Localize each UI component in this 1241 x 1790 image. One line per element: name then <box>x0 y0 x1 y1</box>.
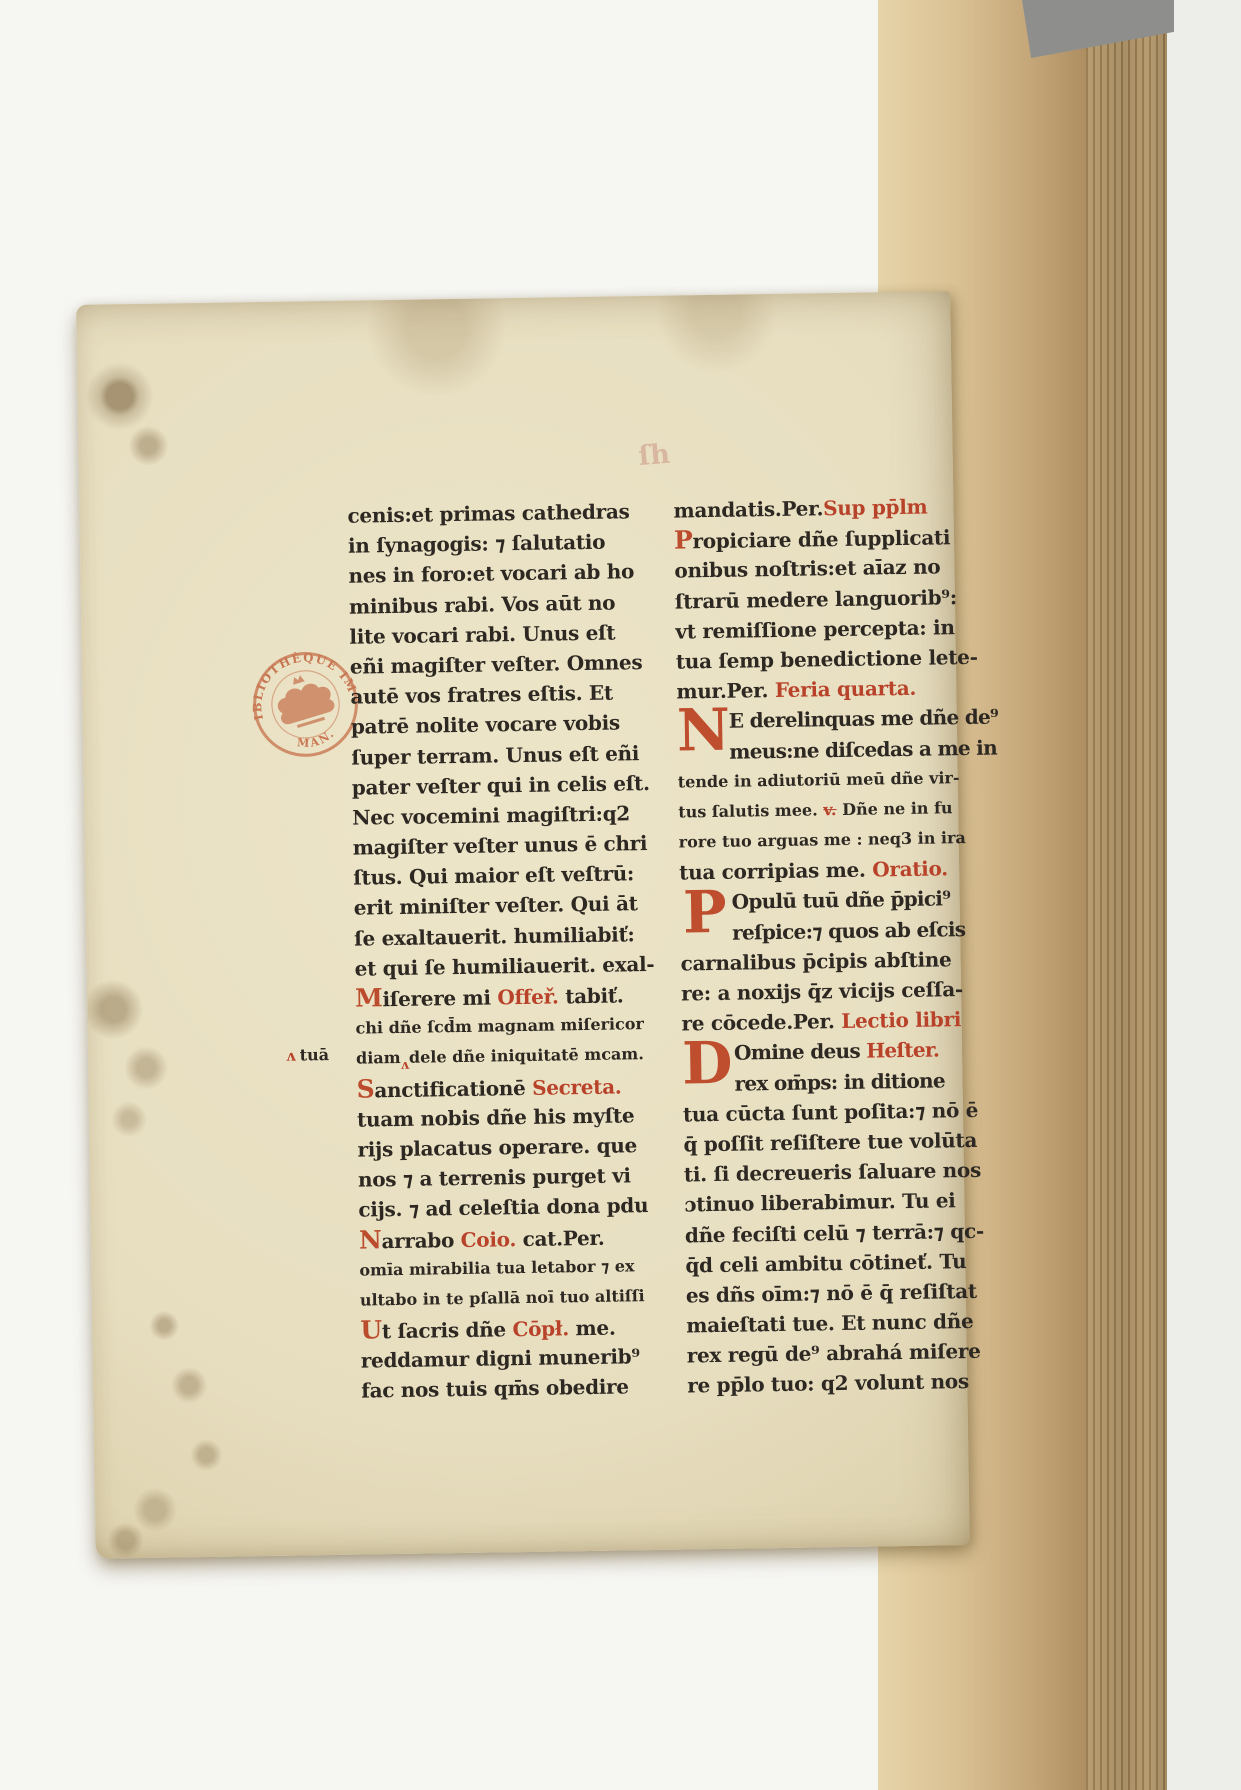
text-segment: cat.Per. <box>516 1225 605 1250</box>
rubric-segment: v. <box>823 800 837 819</box>
rubric-segment: Cōpł. <box>512 1316 569 1341</box>
text-segment: re: a noxijs q̄z vicijs ceſſa- <box>681 977 963 1005</box>
margin-note-word: tuā <box>299 1045 329 1064</box>
imperial-eagle-icon <box>270 668 337 732</box>
text-line: tus ſalutis mee. v. Dñe ne in fu <box>678 793 970 828</box>
text-line: Narrabo Coio. cat.Per. <box>359 1221 651 1256</box>
text-line: lite vocari rabi. Unus eſt <box>349 617 641 652</box>
text-segment: anctificationē <box>374 1075 532 1101</box>
text-segment: erit miniſter veſter. Qui āt <box>354 892 638 920</box>
text-segment: magiſter veſter unus ē chri <box>353 831 648 860</box>
rubric-segment: Oratio. <box>872 857 948 882</box>
text-segment: tuam nobis dñe his myſte <box>357 1103 635 1131</box>
text-segment: nes in foro:et vocari ab ho <box>348 560 634 588</box>
text-line: cijs. ⁊ ad celeſtia dona pdu <box>358 1190 650 1225</box>
text-segment: tus ſalutis mee. <box>678 800 823 821</box>
text-segment: tabiť. <box>558 983 623 1008</box>
text-line: dñe feciſti celū ⁊ terrā:⁊ qc- <box>685 1215 977 1250</box>
text-segment: carnalibus p̄cipis abſtine <box>680 947 951 975</box>
text-line: q̄d celi ambitu cōtineť. Tu <box>685 1246 977 1281</box>
text-segment: onibus noſtris:et aīaz no <box>674 555 940 583</box>
text-line: ſtus. Qui maior eſt veſtrū: <box>353 858 645 893</box>
text-line: Sanctificationē Secreta. <box>356 1070 648 1105</box>
text-line: tua cūcta ſunt poſita:⁊ nō ē <box>683 1095 975 1130</box>
text-segment: patrē nolite vocare vobis <box>351 711 620 739</box>
text-line: maieſtati tue. Et nunc dñe <box>686 1306 978 1341</box>
text-line: meus:ne diſcedas a me in <box>677 732 969 767</box>
text-segment: ropiciare dñe ſupplicati <box>692 525 950 553</box>
text-segment: Nec vocemini magiſtri:q2 <box>352 801 630 829</box>
text-line: ſuper terram. Unus eſt eñi <box>351 738 643 773</box>
text-segment: rex regū de⁹ abrahá miſere <box>687 1339 981 1368</box>
text-segment: autē vos fratres eſtis. Et <box>350 681 613 709</box>
text-line: tua corripias me. Oratio. <box>679 853 971 888</box>
rubric-segment: S <box>356 1074 374 1103</box>
text-segment: chi dñe ſcd̄m magnam miſericor <box>355 1014 644 1038</box>
text-segment: mur.Per. <box>676 678 775 704</box>
text-segment: fac nos tuis qm̄s obedire <box>361 1375 629 1403</box>
text-segment: q̄ poſſit reſiſtere tue volūta <box>683 1128 977 1157</box>
text-line: mandatis.Per.Sup pp̄lm <box>673 491 965 526</box>
text-segment: rex om̄ps: in ditione <box>734 1068 945 1095</box>
text-line: tende in adiutoriū meū dñe vir- <box>678 763 970 798</box>
text-line: Opulū tuū dñe p̄pici⁹ <box>679 883 971 918</box>
text-line: tuam nobis dñe his myſte <box>357 1100 649 1135</box>
rubric-segment: Offeř. <box>497 984 559 1009</box>
text-line: ɔtinuo liberabimur. Tu ei <box>684 1185 976 1220</box>
text-segment: ſe exaltauerit. humiliabiť: <box>354 922 635 950</box>
svg-text:MAN.: MAN. <box>293 725 340 755</box>
text-segment: mandatis.Per. <box>673 496 823 522</box>
text-segment: diam <box>356 1048 401 1068</box>
manuscript-leaf: BIBLIOTHÈQUE IMP MAN. ſh ʌtuā cenis:et p… <box>76 291 970 1559</box>
text-line: vt remiſſione percepta: in <box>675 612 967 647</box>
text-segment: in ſynagogis: ⁊ ſalutatio <box>348 530 605 558</box>
photograph: { "stamp": {"top_text": "BIBLIOTHÈQUE IM… <box>0 0 1241 1790</box>
text-segment: tua corripias me. <box>679 858 872 885</box>
text-segment: t ſacris dñe <box>382 1317 513 1343</box>
text-line: reddamur digni munerib⁹ <box>361 1341 653 1376</box>
text-line: onibus noſtris:et aīaz no <box>674 551 966 586</box>
text-line: Nec vocemini magiſtri:q2 <box>352 798 644 833</box>
rubric-segment: N <box>359 1225 382 1254</box>
text-segment: lite vocari rabi. Unus eſt <box>349 620 615 648</box>
rubric-segment: Coio. <box>460 1227 516 1252</box>
text-line: es dñs oīm:⁊ nō ē q̄ reſiſtat <box>686 1276 978 1311</box>
text-segment: maieſtati tue. Et nunc dñe <box>686 1309 973 1338</box>
text-segment: ɔtinuo liberabimur. Tu ei <box>684 1189 955 1217</box>
text-line: rore tuo arguas me : neq3 in ira <box>678 823 970 858</box>
text-line: pater veſter qui in celis eſt. <box>352 768 644 803</box>
text-line: E derelinquas me dñe de⁹ <box>677 702 969 737</box>
rubric-segment: Sup pp̄lm <box>823 495 928 521</box>
text-line: re: a noxijs q̄z vicijs ceſſa- <box>681 974 973 1009</box>
text-segment: tende in adiutoriū meū dñe vir- <box>678 768 960 791</box>
text-segment: tua ſemp benedictione lete- <box>676 645 978 674</box>
text-line: et qui ſe humiliauerit. exal- <box>354 949 646 984</box>
text-line: ſe exaltauerit. humiliabiť: <box>354 919 646 954</box>
text-line: magiſter veſter unus ē chri <box>353 828 645 863</box>
text-segment: q̄d celi ambitu cōtineť. Tu <box>685 1249 966 1277</box>
text-line: erit miniſter veſter. Qui āt <box>353 889 645 924</box>
text-line: omīa mirabilia tua letabor ⁊ ex <box>359 1251 651 1286</box>
text-segment: ſtrarū medere languorib⁹: <box>675 585 957 613</box>
text-line: eñi magiſter veſter. Omnes <box>350 647 642 682</box>
text-segment: Dñe ne in fu <box>836 798 952 819</box>
text-segment: reddamur digni munerib⁹ <box>361 1344 640 1372</box>
stamp-bottom-text: MAN. <box>293 725 340 755</box>
text-segment: re cōcede.Per. <box>681 1009 841 1036</box>
text-segment: omīa mirabilia tua letabor ⁊ ex <box>359 1256 634 1279</box>
insertion-caret-icon: ʌ <box>286 1047 296 1065</box>
text-line: rijs placatus operare. que <box>357 1130 649 1165</box>
text-segment: Opulū tuū dñe p̄pici⁹ <box>731 887 950 914</box>
text-segment: dñe feciſti celū ⁊ terrā:⁊ qc- <box>685 1218 984 1247</box>
text-column-right: NPDmandatis.Per.Sup pp̄lmPropiciare dñe … <box>673 491 979 1401</box>
margin-insertion-note: ʌtuā <box>286 1045 329 1065</box>
text-segment: nos ⁊ a terrenis purget vi <box>358 1163 631 1191</box>
text-line: re cōcede.Per. Lectio libri <box>681 1004 973 1039</box>
text-line: minibus rabi. Vos aūt no <box>349 587 641 622</box>
text-segment: reſpice:⁊ quos ab eſcis <box>732 917 966 945</box>
text-segment: eñi magiſter veſter. Omnes <box>350 650 643 679</box>
text-segment: ſtus. Qui maior eſt veſtrū: <box>353 862 634 890</box>
text-segment: rore tuo arguas me : neq3 in ira <box>679 828 966 852</box>
text-segment: ultabo in te pſallā noī tuo altiſſi <box>360 1286 645 1309</box>
text-line: q̄ poſſit reſiſtere tue volūta <box>683 1125 975 1160</box>
text-segment: et qui ſe humiliauerit. exal- <box>354 952 654 981</box>
faded-signature-mark: ſh <box>637 439 671 473</box>
rubric-segment: P <box>674 525 693 554</box>
rubric-segment: U <box>360 1315 382 1344</box>
text-line: cenis:et primas cathedras <box>347 496 639 531</box>
rubric-segment: Lectio libri <box>841 1007 961 1033</box>
text-segment: rijs placatus operare. que <box>357 1133 637 1161</box>
text-line: autē vos fratres eſtis. Et <box>350 677 642 712</box>
text-line: ultabo in te pſallā noī tuo altiſſi <box>360 1281 652 1316</box>
text-segment: ti. ſi decreueris ſaluare nos <box>684 1158 981 1187</box>
text-segment: ſuper terram. Unus eſt eñi <box>351 741 639 770</box>
text-line: ſtrarū medere languorib⁹: <box>675 582 967 617</box>
text-segment: meus:ne diſcedas a me in <box>729 735 997 763</box>
rubric-segment: Feria quarta. <box>775 676 917 702</box>
text-line: fac nos tuis qm̄s obedire <box>361 1371 653 1406</box>
text-line: Ut ſacris dñe Cōpł. me. <box>360 1311 652 1346</box>
rubric-segment: M <box>355 983 383 1012</box>
text-segment: vt remiſſione percepta: in <box>675 615 955 643</box>
text-segment: re pp̄lo tuo: q2 volunt nos <box>687 1369 969 1397</box>
rubric-segment: ʌ <box>401 1058 410 1073</box>
text-line: reſpice:⁊ quos ab eſcis <box>680 914 972 949</box>
text-segment: minibus rabi. Vos aūt no <box>349 590 616 618</box>
text-segment: Omine deus <box>734 1039 867 1065</box>
text-line: rex regū de⁹ abrahá miſere <box>687 1336 979 1371</box>
text-column-left: cenis:et primas cathedrasin ſynagogis: ⁊… <box>347 496 653 1406</box>
page-edge-lines <box>1086 0 1172 1790</box>
text-line: Miſerere mi Offeř. tabiť. <box>355 979 647 1014</box>
text-segment: dele dñe iniquitatē mcam. <box>409 1044 644 1067</box>
text-segment: cijs. ⁊ ad celeſtia dona pdu <box>358 1193 648 1222</box>
text-line: diamʌdele dñe iniquitatē mcam. <box>356 1039 648 1074</box>
text-segment: pater veſter qui in celis eſt. <box>352 771 650 800</box>
text-line: chi dñe ſcd̄m magnam miſericor <box>355 1009 647 1044</box>
text-line: rex om̄ps: in ditione <box>682 1064 974 1099</box>
text-segment: E derelinquas me dñe de⁹ <box>729 705 999 733</box>
text-line: ti. ſi decreueris ſaluare nos <box>684 1155 976 1190</box>
text-line: nos ⁊ a terrenis purget vi <box>358 1160 650 1195</box>
rubric-segment: Heſter. <box>866 1038 939 1063</box>
text-segment: es dñs oīm:⁊ nō ē q̄ reſiſtat <box>686 1279 977 1308</box>
text-line: re pp̄lo tuo: q2 volunt nos <box>687 1366 979 1401</box>
text-line: Propiciare dñe ſupplicati <box>674 521 966 556</box>
text-segment: tua cūcta ſunt poſita:⁊ nō ē <box>683 1098 978 1127</box>
text-line: mur.Per. Feria quarta. <box>676 672 968 707</box>
text-segment: arrabo <box>381 1228 461 1253</box>
rubric-segment: Secreta. <box>532 1074 622 1099</box>
background-strip <box>1167 0 1241 1790</box>
text-segment: cenis:et primas cathedras <box>347 499 629 527</box>
text-line: patrē nolite vocare vobis <box>351 707 643 742</box>
text-line: Omine deus Heſter. <box>682 1034 974 1069</box>
text-line: in ſynagogis: ⁊ ſalutatio <box>348 526 640 561</box>
text-line: nes in foro:et vocari ab ho <box>348 556 640 591</box>
text-line: carnalibus p̄cipis abſtine <box>680 944 972 979</box>
text-segment: iſerere mi <box>382 985 497 1011</box>
text-segment: me. <box>569 1316 616 1341</box>
text-line: tua ſemp benedictione lete- <box>676 642 968 677</box>
